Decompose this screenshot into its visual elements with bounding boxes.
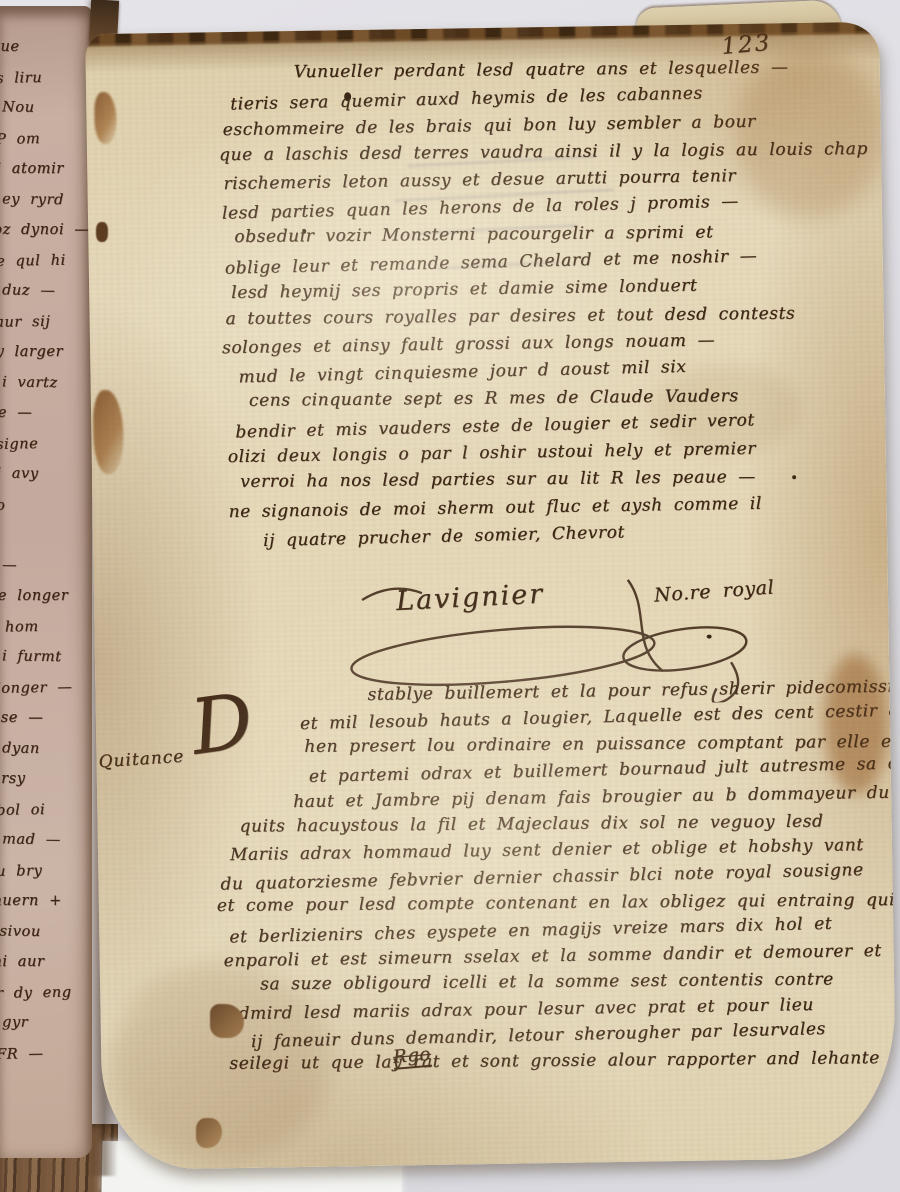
margin-note-quitance: Quitance <box>98 747 185 773</box>
act2-end-paraph: Rgo <box>392 1044 432 1070</box>
facing-page-line: r dy eng <box>0 977 92 1009</box>
facing-page-line: loz dynoi — <box>0 215 92 246</box>
facing-page-line: i vartz <box>2 367 92 399</box>
facing-page-line: mi atomir <box>0 154 92 185</box>
facing-page-line: yh <box>0 1069 92 1100</box>
facing-page-line: mi aur <box>0 947 92 978</box>
facing-page-line: duz — <box>2 275 92 307</box>
facing-page-line: ursivou <box>0 916 92 948</box>
facing-page-line: longer — <box>0 672 92 704</box>
facing-page-line <box>0 520 92 551</box>
facing-page-line: muern + <box>0 886 92 917</box>
gutter-tear-top <box>94 92 117 144</box>
gutter-tear <box>93 390 124 474</box>
act2-text-block: stablye buillemert et la pour refus sher… <box>199 674 897 1081</box>
manuscript-photo: Ques liruNouP ommi atomirey ryrdloz dyno… <box>0 0 900 1192</box>
facing-page-line: de — <box>0 398 92 429</box>
facing-page-line: s liru <box>0 62 92 94</box>
manuscript-line: seilegi ut que lay rat et sont grossie a… <box>229 1045 897 1077</box>
facing-page-line: — <box>2 550 92 582</box>
stitch-knot <box>210 1004 244 1038</box>
facing-page-line: e qul hi <box>0 245 92 277</box>
facing-page-line: signe <box>0 428 92 460</box>
facing-page-line: u bry <box>0 855 92 887</box>
facing-page-line: bol oi <box>0 794 92 826</box>
facing-page-line: o <box>0 489 92 521</box>
manuscript-line: a touttes cours royalles par desires et … <box>225 300 877 334</box>
facing-page-line: dyan <box>2 733 92 765</box>
facing-page-line: rise — <box>0 703 92 734</box>
facing-page-line: ey ryrd <box>2 184 92 216</box>
facing-page-strip: Ques liruNouP ommi atomirey ryrdloz dyno… <box>0 6 92 1158</box>
manuscript-page: 123 Vunueller perdant lesd quatre ans et… <box>85 22 897 1170</box>
facing-page-line: jsaur sij <box>0 306 92 338</box>
facing-page-line: gyr <box>2 1007 92 1039</box>
facing-page-line: P om <box>0 123 92 155</box>
facing-page-line: mad — <box>2 824 92 856</box>
facing-page-text: Ques liruNouP ommi atomirey ryrdloz dyno… <box>0 32 92 1100</box>
facing-page-line: Que <box>0 32 92 63</box>
facing-page-line: i furmt <box>2 641 92 673</box>
facing-page-line: ry larger <box>0 337 92 368</box>
stitch-knot <box>96 222 108 242</box>
facing-page-line: de longer <box>0 581 92 612</box>
facing-page-line: aursy <box>0 764 92 795</box>
facing-page-line: Nou <box>2 92 92 124</box>
act1-text-block: Vunueller perdant lesd quatre ans et les… <box>222 52 882 554</box>
facing-page-line: ir hom <box>0 611 92 643</box>
facing-page-line: FR — <box>0 1038 92 1070</box>
facing-page-line: mi avy <box>0 458 92 490</box>
